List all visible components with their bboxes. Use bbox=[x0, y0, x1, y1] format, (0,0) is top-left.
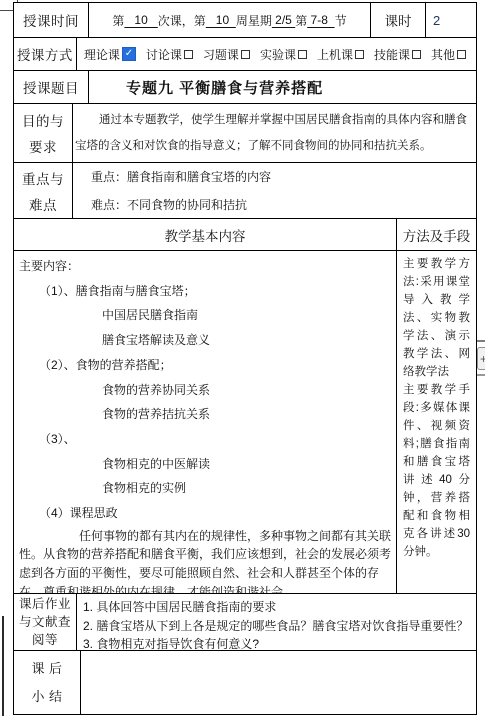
row-teaching-time: 授课时间 第 10 次课，第 10 周星期 2/5 第 7-8 节 课时 2 bbox=[14, 3, 476, 38]
time-seg: 次课，第 bbox=[158, 12, 206, 29]
keypoints-label: 重点与 难点 bbox=[14, 163, 73, 218]
row-summary: 课 后 小 结 bbox=[14, 651, 476, 714]
revision-bar bbox=[2, 616, 4, 716]
method-option-label: 其他 bbox=[431, 46, 455, 63]
method-option: 实验课 bbox=[260, 46, 307, 63]
homework-list: 1. 具体回答中国居民膳食指南的要求2. 膳食宝塔从下到上各是规定的哪些食品？膳… bbox=[77, 594, 476, 650]
purpose-text: 通过本专题教学，使学生理解并掌握中国居民膳食指南的具体内容和膳食宝塔的含义和对饮… bbox=[75, 107, 474, 159]
content-header: 教学基本内容 bbox=[14, 219, 397, 250]
method-option: 理论课✓ bbox=[84, 46, 136, 63]
purpose-text-cell: 通过本专题教学，使学生理解并掌握中国居民膳食指南的具体内容和膳食宝塔的含义和对饮… bbox=[73, 104, 476, 162]
content-line: 膳食宝塔解读及意义 bbox=[14, 328, 396, 353]
side-rule-bottom bbox=[477, 374, 485, 376]
content-line: （3）、 bbox=[14, 427, 396, 452]
time-blank-period: 7-8 bbox=[307, 13, 334, 27]
time-seg: 节 bbox=[335, 12, 347, 29]
time-seg: 周星期 bbox=[236, 12, 272, 29]
summary-empty-cell bbox=[81, 651, 476, 714]
methods-paragraph-1: 主要教学方法:采用课堂导入教学法、实物教学法、演示教学法、网络教学法 bbox=[403, 255, 470, 381]
time-blank-lesson-no: 10 bbox=[124, 13, 157, 27]
method-option-label: 理论课 bbox=[84, 46, 120, 63]
keypoints-label-line1: 重点与 bbox=[22, 168, 64, 188]
expand-plus-button[interactable]: + bbox=[477, 347, 485, 370]
row-main-content: 主要内容：（1）、膳食指南与膳食宝塔；中国居民膳食指南膳食宝塔解读及意义（2）、… bbox=[14, 251, 476, 594]
row-homework: 课后作业与文献查阅等 1. 具体回答中国居民膳食指南的要求2. 膳食宝塔从下到上… bbox=[14, 594, 476, 651]
topic-label: 授课题目 bbox=[14, 71, 89, 103]
checkbox-empty-icon[interactable] bbox=[355, 50, 364, 59]
time-seg: 第 bbox=[112, 12, 124, 29]
method-option: 其他 bbox=[431, 46, 466, 63]
teaching-method-label: 授课方式 bbox=[14, 38, 77, 70]
ideology-paragraph: 任何事物的都有其内在的规律性，多种事物之间都有其关联性。从食物的营养搭配和膳食平… bbox=[19, 527, 392, 593]
homework-label: 课后作业与文献查阅等 bbox=[14, 594, 77, 650]
purpose-label-line1: 目的与 bbox=[22, 110, 64, 130]
content-line: 食物相克的实例 bbox=[14, 476, 396, 501]
content-line: 食物相克的中医解读 bbox=[14, 452, 396, 477]
time-blank-week-no: 10 bbox=[206, 13, 236, 27]
checkbox-empty-icon[interactable] bbox=[184, 50, 193, 59]
teaching-time-value: 第 10 次课，第 10 周星期 2/5 第 7-8 节 bbox=[89, 3, 371, 37]
content-line: （4）课程思政 bbox=[14, 501, 396, 526]
topic-title: 专题九 平衡膳食与营养搭配 bbox=[89, 71, 476, 103]
main-content-lines: 主要内容：（1）、膳食指南与膳食宝塔；中国居民膳食指南膳食宝塔解读及意义（2）、… bbox=[14, 254, 396, 526]
method-option-label: 习题课 bbox=[203, 46, 239, 63]
checkbox-empty-icon[interactable] bbox=[298, 50, 307, 59]
content-line: 食物的营养拮抗关系 bbox=[14, 402, 396, 427]
method-option: 讨论课 bbox=[146, 46, 193, 63]
method-option: 习题课 bbox=[203, 46, 250, 63]
main-content-cell: 主要内容：（1）、膳食指南与膳食宝塔；中国居民膳食指南膳食宝塔解读及意义（2）、… bbox=[14, 251, 397, 593]
summary-label-line1: 课 后 bbox=[31, 655, 62, 683]
plus-icon: + bbox=[480, 352, 485, 366]
checkbox-checked-icon[interactable]: ✓ bbox=[122, 47, 136, 61]
homework-label-line: 阅等 bbox=[32, 631, 58, 649]
homework-item: 3. 食物相克对指导饮食有何意义? bbox=[83, 635, 474, 650]
keypoint-text: 重点：膳食指南和膳食宝塔的内容 bbox=[91, 163, 476, 191]
homework-label-line: 与文献查 bbox=[19, 613, 71, 631]
homework-item: 1. 具体回答中国居民膳食指南的要求 bbox=[83, 598, 474, 617]
row-teaching-method: 授课方式 理论课✓讨论课习题课实验课上机课技能课其他 bbox=[14, 38, 476, 71]
course-hours-value: 2 bbox=[426, 3, 476, 37]
keypoints-text-cell: 重点：膳食指南和膳食宝塔的内容 难点：不同食物的协同和拮抗 bbox=[73, 163, 476, 218]
method-option-label: 技能课 bbox=[374, 46, 410, 63]
homework-item: 2. 膳食宝塔从下到上各是规定的哪些食品？膳食宝塔对饮食指导重要性？ bbox=[83, 617, 474, 636]
method-option-label: 实验课 bbox=[260, 46, 296, 63]
checkbox-empty-icon[interactable] bbox=[241, 50, 250, 59]
time-blank-weekday: 2/5 bbox=[272, 13, 295, 27]
content-line: （1）、膳食指南与膳食宝塔； bbox=[14, 279, 396, 304]
keypoints-label-line2: 难点 bbox=[29, 194, 57, 214]
methods-panel: 主要教学方法:采用课堂导入教学法、实物教学法、演示教学法、网络教学法 主要教学手… bbox=[397, 251, 476, 593]
content-line: 食物的营养协同关系 bbox=[14, 378, 396, 403]
course-hours-label: 课时 bbox=[371, 3, 426, 37]
lesson-plan-table: 授课时间 第 10 次课，第 10 周星期 2/5 第 7-8 节 课时 2 授… bbox=[13, 2, 477, 715]
method-option: 上机课 bbox=[317, 46, 364, 63]
teaching-time-label: 授课时间 bbox=[14, 3, 89, 37]
method-option-label: 上机课 bbox=[317, 46, 353, 63]
time-seg: 第 bbox=[295, 12, 307, 29]
content-line: 中国居民膳食指南 bbox=[14, 303, 396, 328]
method-option: 技能课 bbox=[374, 46, 421, 63]
checkbox-empty-icon[interactable] bbox=[457, 50, 466, 59]
methods-header: 方法及手段 bbox=[397, 219, 476, 250]
purpose-label-line2: 要求 bbox=[29, 136, 57, 156]
teaching-method-options: 理论课✓讨论课习题课实验课上机课技能课其他 bbox=[77, 38, 476, 70]
method-option-label: 讨论课 bbox=[146, 46, 182, 63]
content-line: （2）、食物的营养搭配； bbox=[14, 353, 396, 378]
methods-paragraph-2: 主要教学手段:多媒体课件、视频资料;膳食指南和膳食宝塔讲述40分钟，营养搭配和食… bbox=[403, 381, 470, 561]
summary-label: 课 后 小 结 bbox=[14, 651, 81, 714]
checkbox-empty-icon[interactable] bbox=[412, 50, 421, 59]
row-purpose: 目的与 要求 通过本专题教学，使学生理解并掌握中国居民膳食指南的具体内容和膳食宝… bbox=[14, 104, 476, 163]
homework-label-line: 课后作业 bbox=[19, 595, 71, 613]
difficulty-text: 难点：不同食物的协同和拮抗 bbox=[91, 191, 476, 219]
row-section-header: 教学基本内容 方法及手段 bbox=[14, 219, 476, 251]
summary-label-line2: 小 结 bbox=[31, 683, 62, 711]
content-line: 主要内容： bbox=[14, 254, 396, 279]
purpose-label: 目的与 要求 bbox=[14, 104, 73, 162]
row-topic: 授课题目 专题九 平衡膳食与营养搭配 bbox=[14, 71, 476, 104]
row-keypoints: 重点与 难点 重点：膳食指南和膳食宝塔的内容 难点：不同食物的协同和拮抗 bbox=[14, 163, 476, 219]
